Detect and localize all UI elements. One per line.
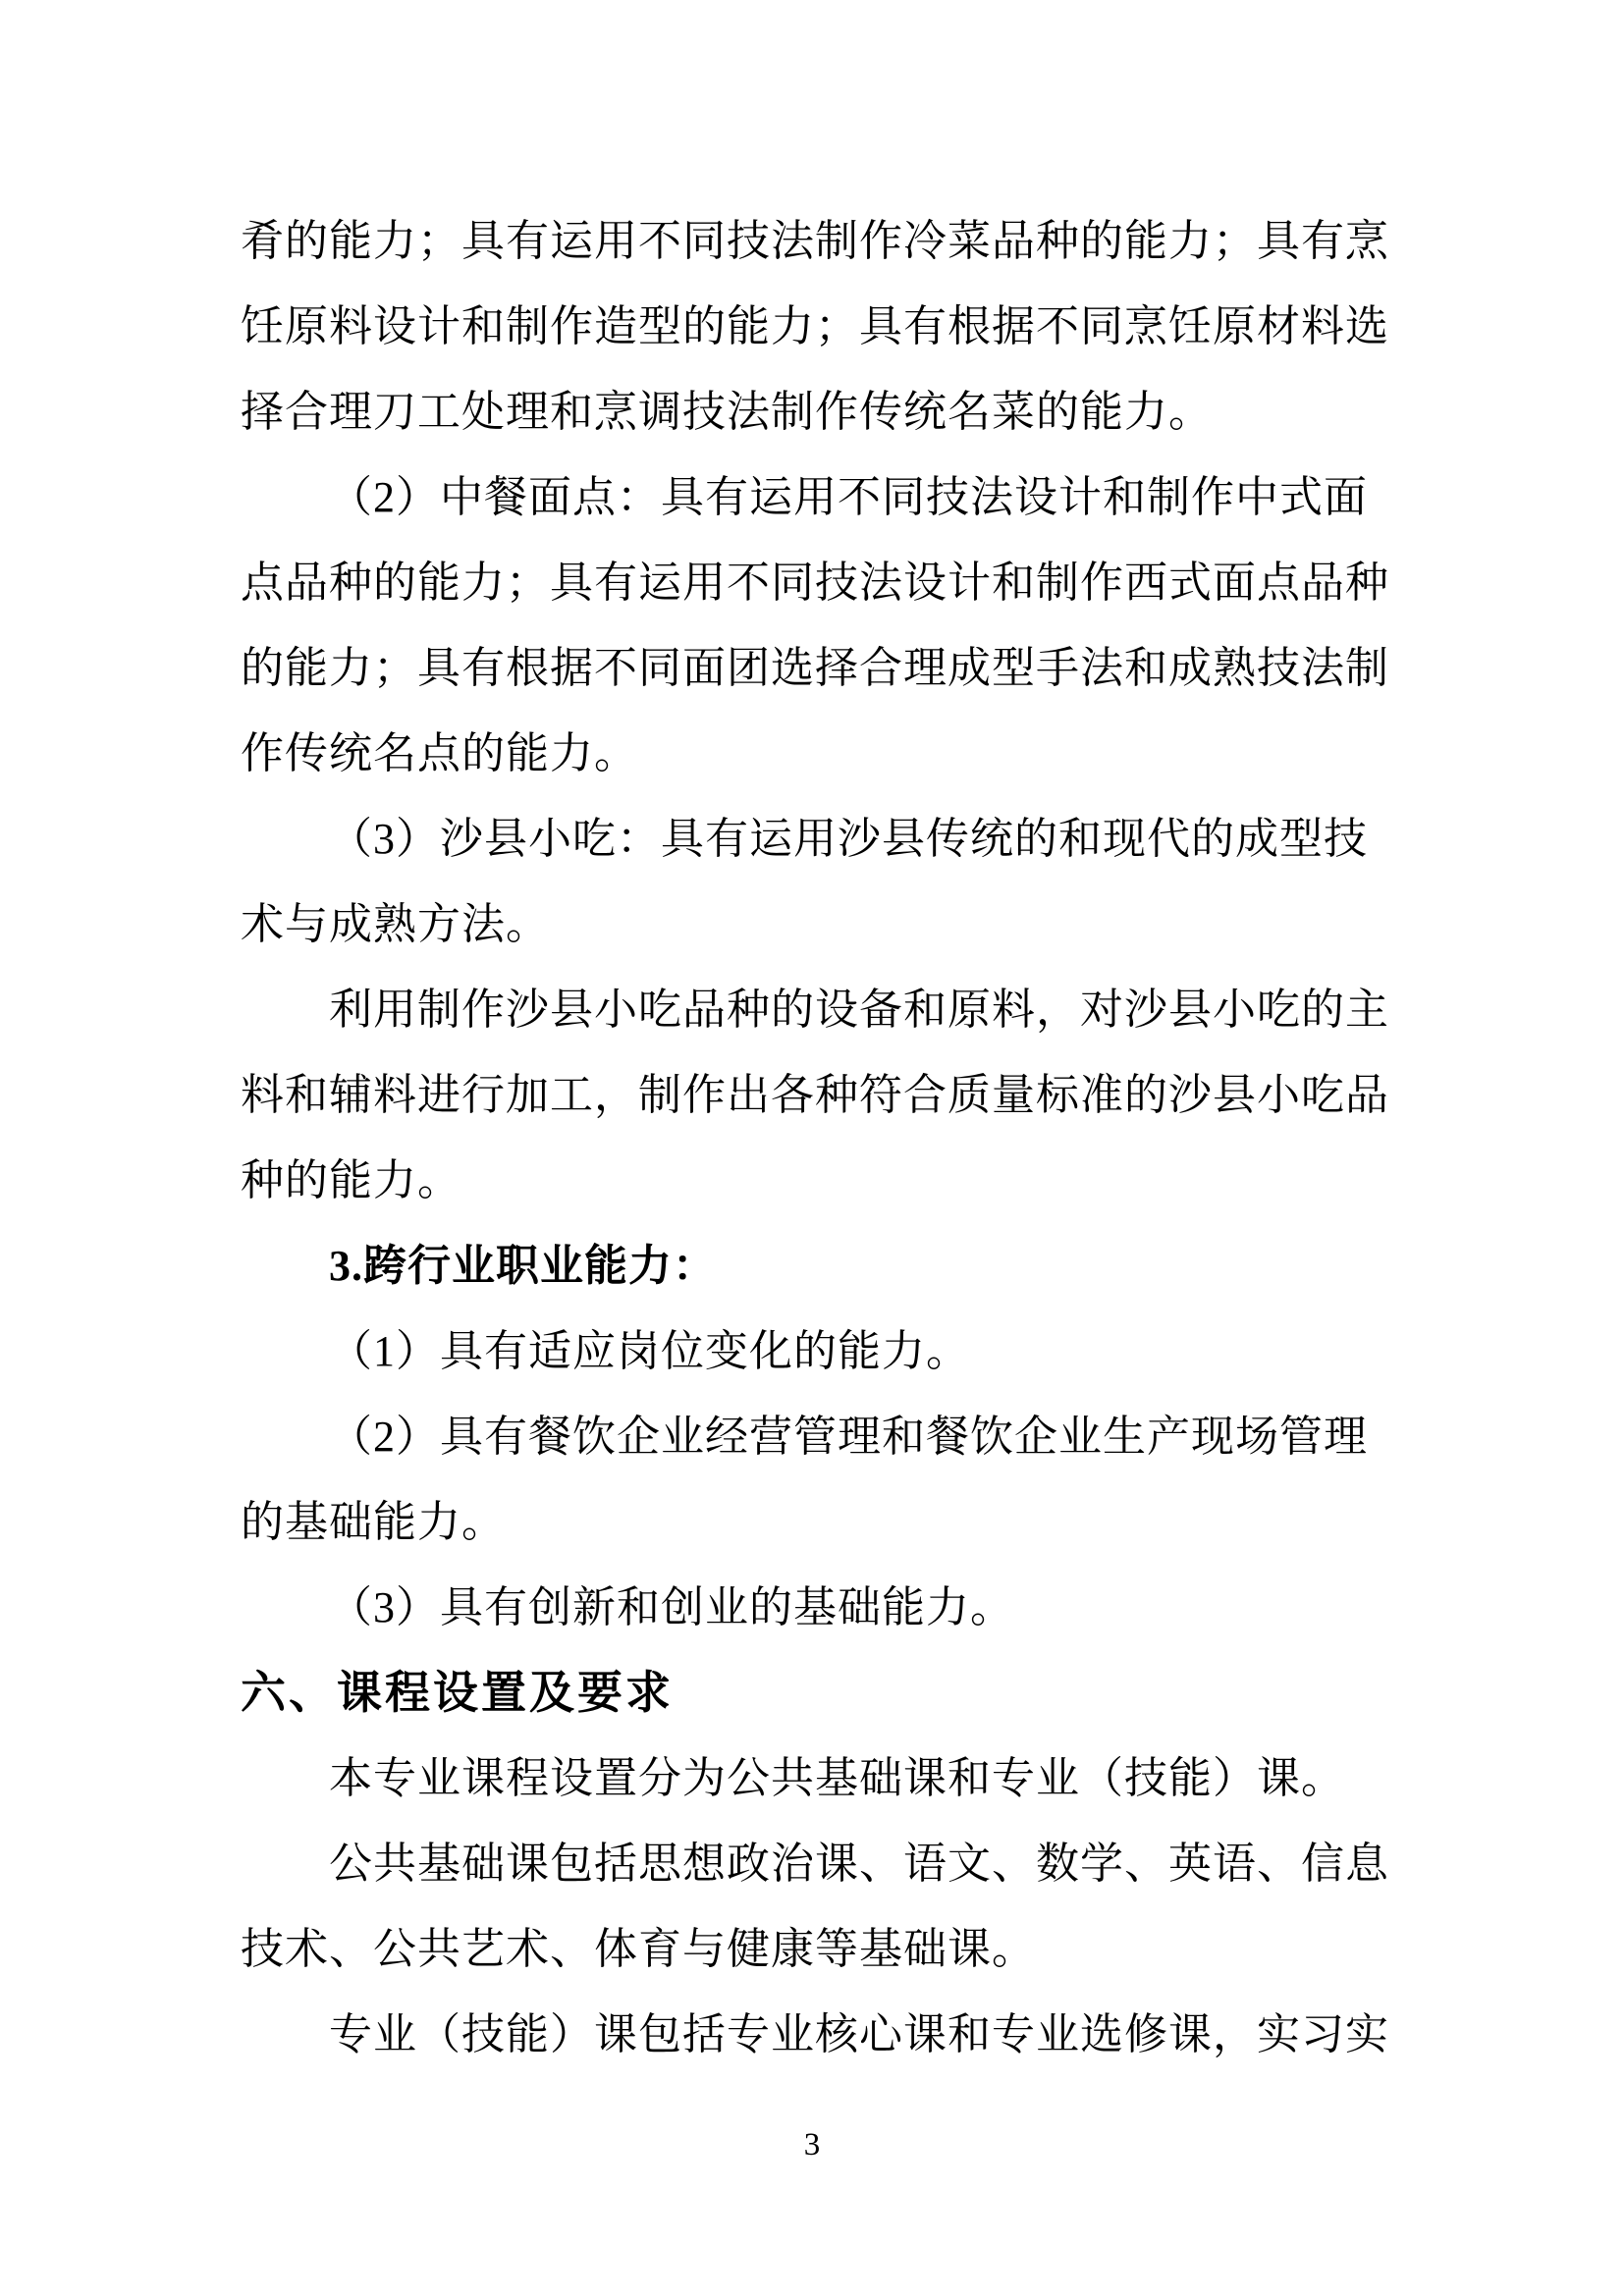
text-line: 作传统名点的能力。	[241, 711, 1394, 796]
paragraph-first-line: 公共基础课包括思想政治课、语文、数学、英语、信息	[241, 1821, 1394, 1906]
paragraph-first-line: 专业（技能）课包括专业核心课和专业选修课，实习实	[241, 1992, 1394, 2077]
text-line: 料和辅料进行加工，制作出各种符合质量标准的沙县小吃品	[241, 1052, 1394, 1138]
text-line: 种的能力。	[241, 1138, 1394, 1223]
paragraph-first-line: （2）中餐面点：具有运用不同技法设计和制作中式面	[241, 454, 1394, 540]
text-block: 肴的能力；具有运用不同技法制作冷菜品种的能力；具有烹 饪原料设计和制作造型的能力…	[241, 198, 1394, 2077]
text-line: 饪原料设计和制作造型的能力；具有根据不同烹饪原材料选	[241, 284, 1394, 369]
paragraph-first-line: （3）具有创新和创业的基础能力。	[241, 1565, 1394, 1650]
paragraph-first-line: （2）具有餐饮企业经营管理和餐饮企业生产现场管理	[241, 1394, 1394, 1479]
paragraph-first-line: 利用制作沙县小吃品种的设备和原料，对沙县小吃的主	[241, 967, 1394, 1052]
paragraph-first-line: （3）沙县小吃：具有运用沙县传统的和现代的成型技	[241, 796, 1394, 881]
section-heading: 六、课程设置及要求	[241, 1650, 1394, 1735]
text-line: 点品种的能力；具有运用不同技法设计和制作西式面点品种	[241, 540, 1394, 625]
subsection-heading: 3.跨行业职业能力：	[241, 1223, 1394, 1308]
text-line: 技术、公共艺术、体育与健康等基础课。	[241, 1906, 1394, 1992]
text-line: 肴的能力；具有运用不同技法制作冷菜品种的能力；具有烹	[241, 198, 1394, 284]
text-line: 择合理刀工处理和烹调技法制作传统名菜的能力。	[241, 369, 1394, 454]
text-line: 的能力；具有根据不同面团选择合理成型手法和成熟技法制	[241, 625, 1394, 711]
paragraph-first-line: 本专业课程设置分为公共基础课和专业（技能）课。	[241, 1735, 1394, 1821]
text-line: 术与成熟方法。	[241, 881, 1394, 967]
paragraph-first-line: （1）具有适应岗位变化的能力。	[241, 1308, 1394, 1394]
page-number: 3	[0, 2123, 1624, 2167]
text-line: 的基础能力。	[241, 1479, 1394, 1565]
document-page: 肴的能力；具有运用不同技法制作冷菜品种的能力；具有烹 饪原料设计和制作造型的能力…	[0, 0, 1624, 2296]
